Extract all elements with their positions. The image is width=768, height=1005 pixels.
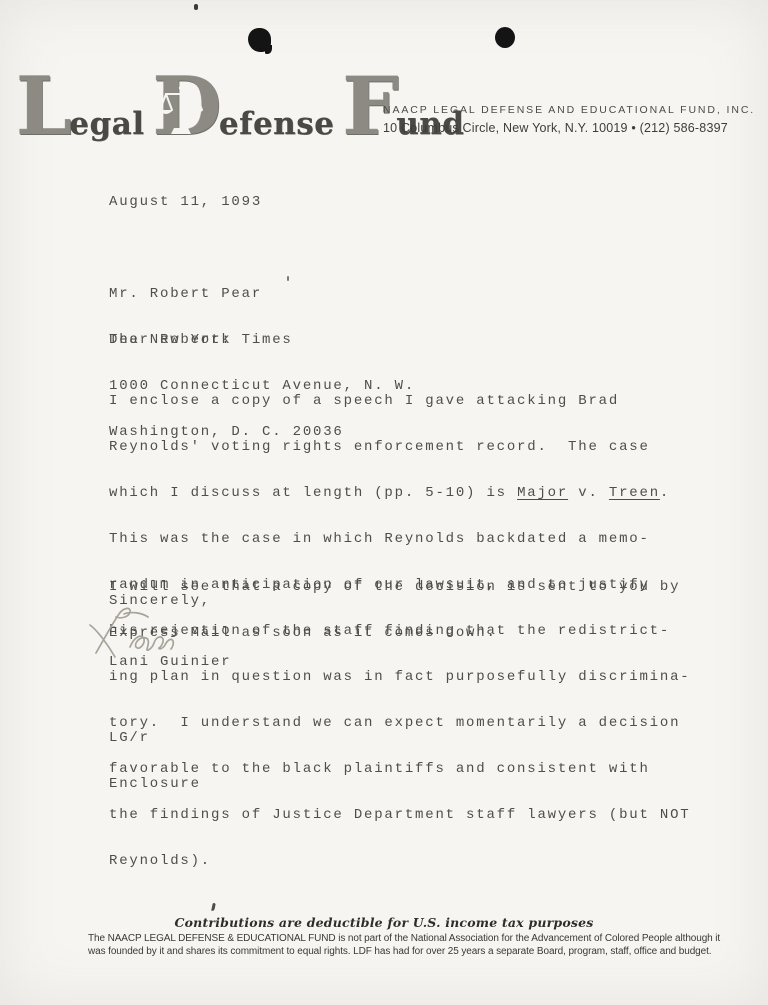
reference-initials: LG/r bbox=[109, 731, 201, 746]
org-name: NAACP LEGAL DEFENSE AND EDUCATIONAL FUND… bbox=[383, 104, 755, 116]
body-line: This was the case in which Reynolds back… bbox=[109, 532, 690, 547]
case-name-treen: Treen bbox=[609, 485, 660, 501]
scan-speck bbox=[194, 4, 198, 10]
body-line: I enclose a copy of a speech I gave atta… bbox=[109, 394, 690, 409]
body-line: Reynolds). bbox=[109, 854, 690, 869]
body-line-case-citation: which I discuss at length (pp. 5-10) is … bbox=[109, 486, 690, 501]
letterhead-org-block: NAACP LEGAL DEFENSE AND EDUCATIONAL FUND… bbox=[383, 104, 755, 135]
body-text: v. bbox=[568, 485, 609, 501]
sender-name: Lani Guinier bbox=[109, 655, 231, 670]
body-text: which I discuss at length (pp. 5-10) is bbox=[109, 485, 517, 501]
scan-comma-mark bbox=[211, 903, 216, 911]
recipient-name: Mr. Robert Pear bbox=[109, 287, 415, 302]
reference-block: LG/r Enclosure bbox=[109, 700, 201, 823]
logo-letter-D-wrap: D bbox=[153, 72, 222, 140]
body-text: . bbox=[660, 485, 670, 501]
body-line: ing plan in question was in fact purpose… bbox=[109, 670, 690, 685]
body-line: Reynolds' voting rights enforcement reco… bbox=[109, 440, 690, 455]
signature-handwriting bbox=[86, 601, 236, 661]
enclosure-note: Enclosure bbox=[109, 777, 201, 792]
scales-of-justice-icon bbox=[158, 84, 204, 138]
logo-word-egal: egal bbox=[69, 106, 144, 142]
letter-date: August 11, 1093 bbox=[109, 195, 262, 210]
org-address: 10 Columbus Circle, New York, N.Y. 10019… bbox=[383, 121, 755, 135]
ink-dot-right bbox=[495, 27, 515, 48]
disclaimer-line: The NAACP LEGAL DEFENSE & EDUCATIONAL FU… bbox=[88, 933, 704, 946]
ink-dot-left bbox=[248, 28, 271, 52]
footer-disclaimer: The NAACP LEGAL DEFENSE & EDUCATIONAL FU… bbox=[88, 933, 704, 958]
logo-word-efense: efense bbox=[219, 106, 335, 142]
logo-letter-L: L bbox=[16, 72, 72, 140]
salutation: Dear Robert: bbox=[109, 333, 231, 348]
disclaimer-line: was founded by it and shares its commitm… bbox=[88, 946, 704, 959]
letter-scan-page: LegalD efenseFund NAACP LEGAL DEFENSE AN… bbox=[0, 0, 768, 1005]
tax-deductible-note: Contributions are deductible for U.S. in… bbox=[0, 915, 768, 930]
case-name-major: Major bbox=[517, 485, 568, 501]
